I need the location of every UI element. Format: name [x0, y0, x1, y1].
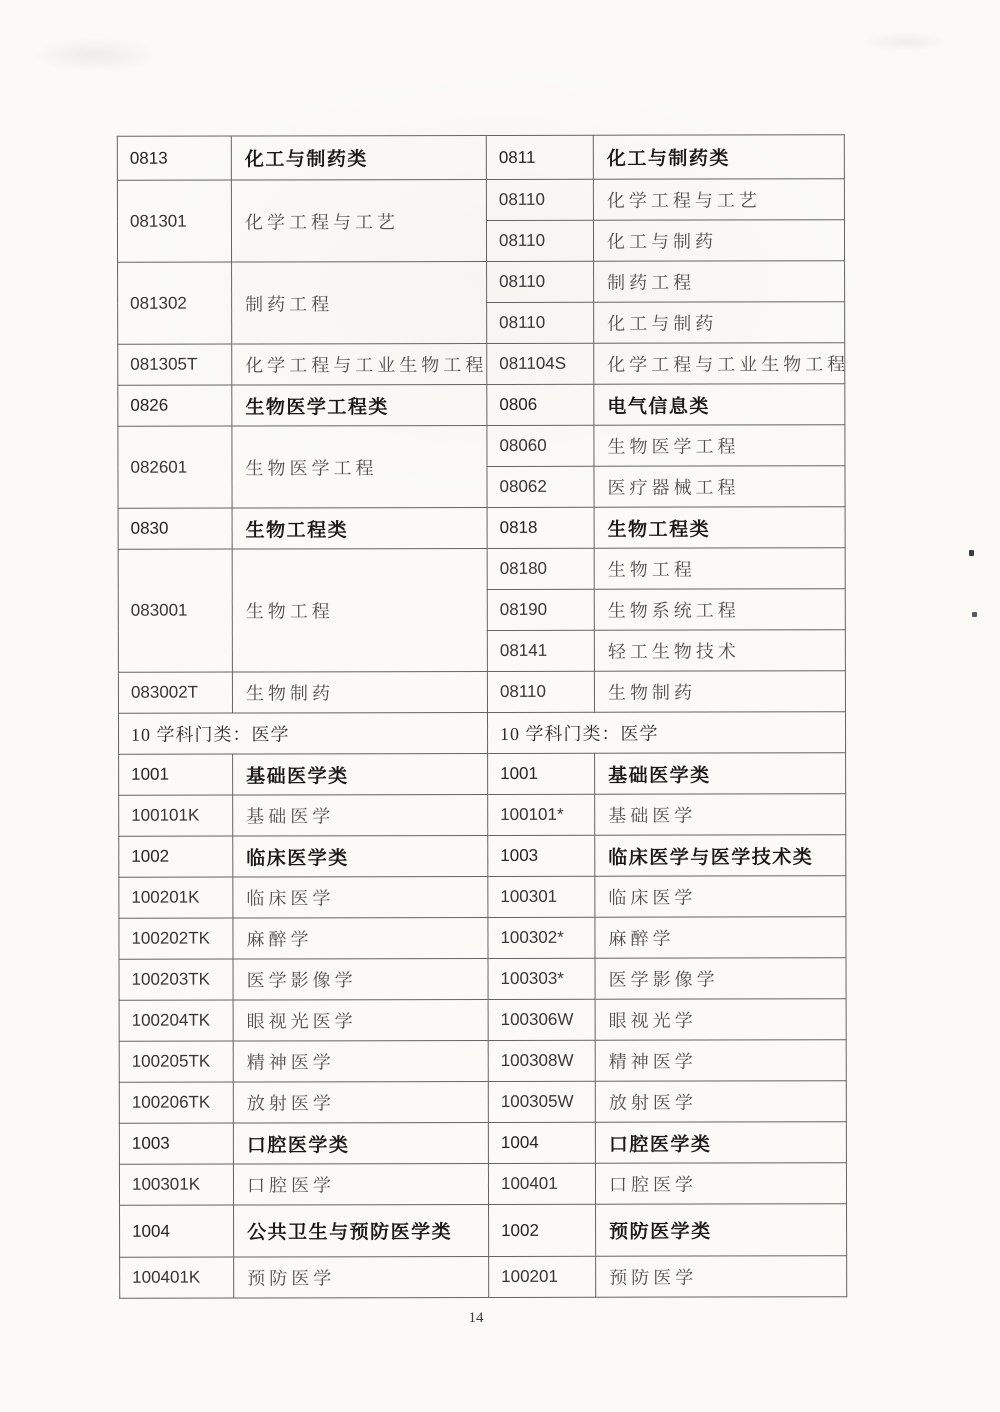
right-name-cell: 化工与制药: [593, 220, 844, 262]
right-code-cell: 08110: [487, 302, 594, 343]
right-code-cell: 08110: [486, 179, 593, 220]
right-code-cell: 100306W: [488, 999, 595, 1040]
table-row: 100205TK 精神医学 100308W 精神医学: [119, 1040, 846, 1083]
table-row-section: 10 学科门类：医学 10 学科门类：医学: [118, 712, 845, 755]
scan-speck: [969, 550, 974, 556]
table-row: 082601 生物医学工程 08060 生物医学工程: [118, 425, 845, 468]
left-code-cell: 081301: [117, 180, 231, 262]
left-name-cell: 临床医学类: [233, 835, 488, 877]
left-name-cell: 临床医学: [233, 876, 488, 918]
left-name-cell: 公共卫生与预防医学类: [234, 1204, 489, 1257]
left-name-cell: 基础医学: [233, 794, 488, 836]
table-row: 100204TK 眼视光医学 100306W 眼视光学: [119, 999, 846, 1042]
right-code-cell: 100401: [488, 1163, 595, 1204]
right-code-cell: 1001: [488, 753, 595, 794]
left-name-cell: 精神医学: [233, 1040, 488, 1082]
right-name-cell: 预防医学类: [596, 1204, 847, 1257]
left-code-cell: 100204TK: [119, 1000, 233, 1041]
right-name-cell: 放射医学: [595, 1081, 846, 1123]
left-code-cell: 081302: [118, 262, 232, 344]
left-code-cell: 0813: [117, 136, 231, 180]
left-code-cell: 1001: [119, 754, 233, 795]
right-name-cell: 麻醉学: [595, 917, 846, 959]
right-name-cell: 电气信息类: [594, 384, 845, 426]
right-code-cell: 08110: [487, 261, 594, 302]
right-code-cell: 08180: [487, 548, 594, 589]
right-name-cell: 眼视光学: [595, 999, 846, 1041]
table-row: 100206TK 放射医学 100305W 放射医学: [119, 1081, 846, 1124]
table-row: 083002T 生物制药 08110 生物制药: [118, 671, 845, 714]
right-code-cell: 100308W: [488, 1040, 595, 1081]
left-name-cell: 医学影像学: [233, 958, 488, 1000]
right-name-cell: 基础医学类: [595, 753, 846, 795]
right-name-cell: 口腔医学类: [595, 1122, 846, 1164]
right-code-cell: 100201: [489, 1256, 596, 1297]
right-code-cell: 100303*: [488, 958, 595, 999]
right-code-cell: 08110: [487, 671, 594, 712]
scan-speck: [972, 612, 977, 617]
left-code-cell: 0830: [118, 508, 232, 549]
table-row: 081305T 化学工程与工业生物工程 081104S 化学工程与工业生物工程: [118, 343, 845, 386]
table-row: 1004 公共卫生与预防医学类 1002 预防医学类: [120, 1204, 847, 1258]
left-name-cell: 基础医学类: [233, 753, 488, 795]
left-name-cell: 口腔医学类: [233, 1122, 488, 1164]
right-name-cell: 生物制药: [594, 671, 845, 713]
right-name-cell: 基础医学: [595, 794, 846, 836]
section-header-cell: 10 学科门类：医学: [118, 712, 487, 754]
left-name-cell: 生物医学工程类: [232, 384, 487, 426]
right-code-cell: 0806: [487, 384, 594, 425]
right-name-cell: 轻工生物技术: [594, 630, 845, 672]
left-code-cell: 1002: [119, 836, 233, 877]
left-code-cell: 100205TK: [119, 1041, 233, 1082]
left-name-cell: 制药工程: [232, 261, 487, 344]
right-code-cell: 1002: [489, 1204, 596, 1256]
right-name-cell: 临床医学: [595, 876, 846, 918]
right-code-cell: 08141: [487, 630, 594, 671]
right-code-cell: 08110: [486, 220, 593, 261]
left-code-cell: 081305T: [118, 344, 232, 385]
left-name-cell: 生物工程: [232, 548, 487, 672]
right-name-cell: 生物系统工程: [594, 589, 845, 631]
left-name-cell: 生物工程类: [232, 507, 487, 549]
left-name-cell: 口腔医学: [233, 1163, 488, 1205]
right-name-cell: 生物医学工程: [594, 425, 845, 467]
left-code-cell: 100401K: [120, 1257, 234, 1298]
right-name-cell: 化工与制药: [594, 302, 845, 344]
right-name-cell: 化学工程与工艺: [593, 179, 844, 221]
left-code-cell: 1004: [120, 1205, 234, 1257]
right-code-cell: 100302*: [488, 917, 595, 958]
left-code-cell: 100206TK: [119, 1082, 233, 1123]
table-row: 100201K 临床医学 100301 临床医学: [119, 876, 846, 919]
table-row: 0830 生物工程类 0818 生物工程类: [118, 507, 845, 550]
major-code-comparison-table: 0813 化工与制药类 0811 化工与制药类 081301 化学工程与工艺 0…: [117, 134, 847, 1299]
right-name-cell: 预防医学: [596, 1256, 847, 1298]
left-name-cell: 放射医学: [233, 1081, 488, 1123]
right-name-cell: 医疗器械工程: [594, 466, 845, 508]
left-name-cell: 化学工程与工业生物工程: [232, 343, 487, 385]
left-code-cell: 083001: [118, 549, 232, 672]
left-code-cell: 100101K: [119, 795, 233, 836]
table-row: 100203TK 医学影像学 100303* 医学影像学: [119, 958, 846, 1001]
table-row: 100401K 预防医学 100201 预防医学: [120, 1256, 847, 1299]
right-name-cell: 口腔医学: [595, 1163, 846, 1205]
table-row: 083001 生物工程 08180 生物工程: [118, 548, 845, 591]
right-name-cell: 化工与制药类: [593, 135, 844, 180]
right-code-cell: 08062: [487, 466, 594, 507]
right-code-cell: 081104S: [487, 343, 594, 384]
right-name-cell: 生物工程类: [594, 507, 845, 549]
right-code-cell: 0811: [486, 135, 593, 179]
table-row: 0826 生物医学工程类 0806 电气信息类: [118, 384, 845, 427]
left-code-cell: 100301K: [119, 1164, 233, 1205]
right-name-cell: 精神医学: [595, 1040, 846, 1082]
right-name-cell: 临床医学与医学技术类: [595, 835, 846, 877]
right-name-cell: 化学工程与工业生物工程: [594, 343, 845, 385]
right-name-cell: 生物工程: [594, 548, 845, 590]
table-row: 081302 制药工程 08110 制药工程: [118, 261, 845, 304]
right-name-cell: 制药工程: [594, 261, 845, 303]
right-name-cell: 医学影像学: [595, 958, 846, 1000]
table-row: 1001 基础医学类 1001 基础医学类: [119, 753, 846, 796]
left-code-cell: 1003: [119, 1123, 233, 1164]
right-code-cell: 1004: [488, 1122, 595, 1163]
right-code-cell: 08060: [487, 425, 594, 466]
right-code-cell: 08190: [487, 589, 594, 630]
left-name-cell: 预防医学: [234, 1256, 489, 1298]
left-code-cell: 100203TK: [119, 959, 233, 1000]
table-row: 081301 化学工程与工艺 08110 化学工程与工艺: [117, 179, 844, 222]
left-name-cell: 生物制药: [232, 671, 487, 713]
left-name-cell: 眼视光医学: [233, 999, 488, 1041]
left-code-cell: 082601: [118, 426, 232, 508]
table-row: 100101K 基础医学 100101* 基础医学: [119, 794, 846, 837]
right-code-cell: 0818: [487, 507, 594, 548]
left-code-cell: 0826: [118, 385, 232, 426]
left-name-cell: 麻醉学: [233, 917, 488, 959]
left-name-cell: 化学工程与工艺: [231, 179, 486, 262]
left-code-cell: 100201K: [119, 877, 233, 918]
right-code-cell: 100301: [488, 876, 595, 917]
table-row: 0813 化工与制药类 0811 化工与制药类: [117, 135, 844, 181]
page-number: 14: [440, 1310, 512, 1327]
table-row: 100202TK 麻醉学 100302* 麻醉学: [119, 917, 846, 960]
left-name-cell: 化工与制药类: [231, 135, 486, 180]
table-row: 100301K 口腔医学 100401 口腔医学: [119, 1163, 846, 1206]
table-row: 1002 临床医学类 1003 临床医学与医学技术类: [119, 835, 846, 878]
section-header-cell: 10 学科门类：医学: [487, 712, 845, 754]
right-code-cell: 100101*: [488, 794, 595, 835]
left-code-cell: 100202TK: [119, 918, 233, 959]
right-code-cell: 1003: [488, 835, 595, 876]
left-name-cell: 生物医学工程: [232, 425, 487, 508]
right-code-cell: 100305W: [488, 1081, 595, 1122]
left-code-cell: 083002T: [118, 672, 232, 713]
table-row: 1003 口腔医学类 1004 口腔医学类: [119, 1122, 846, 1165]
